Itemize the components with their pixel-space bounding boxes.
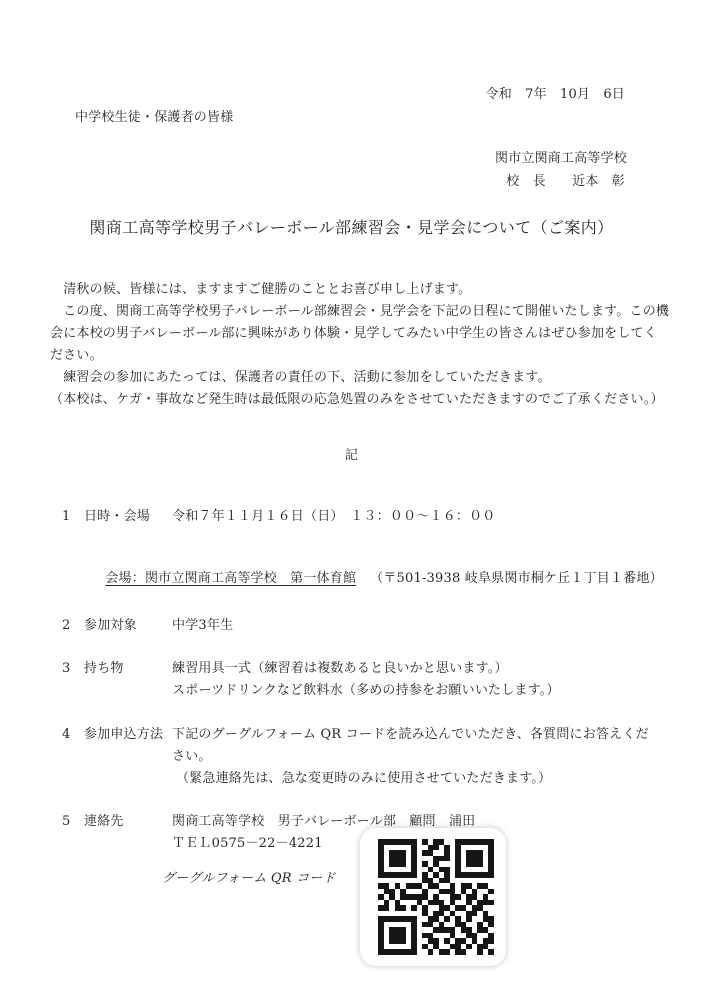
item5-number: 5: [62, 813, 70, 831]
item1-number: 1: [62, 508, 70, 526]
venue-address: （〒501-3938 岐阜県関市桐ケ丘１丁目１番地）: [370, 571, 663, 586]
body-line: 練習会の参加にあたっては、保護者の責任の下、活動に参加をしていただきます。: [50, 369, 551, 387]
venue-name: 会場：関市立関商工高等学校 第一体育館: [105, 571, 356, 586]
item1-label: 日時・会場: [84, 508, 150, 526]
item3-label: 持ち物: [84, 660, 124, 678]
document-page: 令和 7年 10月 6日 中学校生徒・保護者の皆様 関市立関商工高等学校 校 長…: [0, 0, 703, 993]
item4-content-line3: （緊急連絡先は、急な変更時のみに使用させていただきます。）: [176, 770, 551, 788]
page-title: 関商工高等学校男子バレーボール部練習会・見学会について（ご案内）: [0, 219, 703, 237]
item4-content-line2: さい。: [172, 748, 212, 766]
item4-number: 4: [62, 726, 70, 744]
sender-school: 関市立関商工高等学校: [495, 150, 627, 168]
item3-number: 3: [62, 660, 70, 678]
body-line: ださい。: [50, 347, 103, 365]
item3-content-line2: スポーツドリンクなど飲料水（多めの持参をお願いいたします。）: [172, 682, 560, 700]
item2-number: 2: [62, 617, 70, 635]
item5-phone: ＴＥＬ0575－22－4221: [172, 835, 323, 853]
item3-content-line1: 練習用具一式（練習着は複数あると良いかと思います。）: [172, 660, 508, 678]
qr-code: [378, 839, 494, 955]
item4-content-line1: 下記のグーグルフォーム QR コードを読み込んでいただき、各質問にお答えくだ: [172, 726, 649, 744]
item1-content: 令和７年１１月１６日（日） １３：００～１６：００: [172, 508, 496, 526]
item4-label: 参加申込方法: [84, 726, 163, 744]
qr-code-label: グーグルフォーム QR コード: [162, 870, 336, 888]
item5-label: 連絡先: [84, 813, 124, 831]
recipient-line: 中学校生徒・保護者の皆様: [75, 109, 233, 127]
sender-principal: 校 長 近本 彰: [506, 173, 625, 191]
item2-content: 中学3年生: [172, 617, 233, 635]
record-marker: 記: [0, 447, 703, 465]
issued-date: 令和 7年 10月 6日: [486, 86, 625, 104]
venue-line: 会場：関市立関商工高等学校 第一体育館（〒501-3938 岐阜県関市桐ケ丘１丁…: [88, 552, 663, 606]
body-line: 清秋の候、皆様には、ますますご健勝のこととお喜び申し上げます。: [50, 281, 471, 299]
body-line: （本校は、ケガ・事故など発生時は最低限の応急処置のみをさせていただきますのでご了…: [50, 391, 664, 409]
body-line: この度、関商工高等学校男子バレーボール部練習会・見学会を下記の日程にて開催いたし…: [50, 303, 669, 321]
body-line: 会に本校の男子バレーボール部に興味があり体験・見学してみたい中学生の皆さんはぜひ…: [50, 325, 657, 343]
item2-label: 参加対象: [84, 617, 137, 635]
